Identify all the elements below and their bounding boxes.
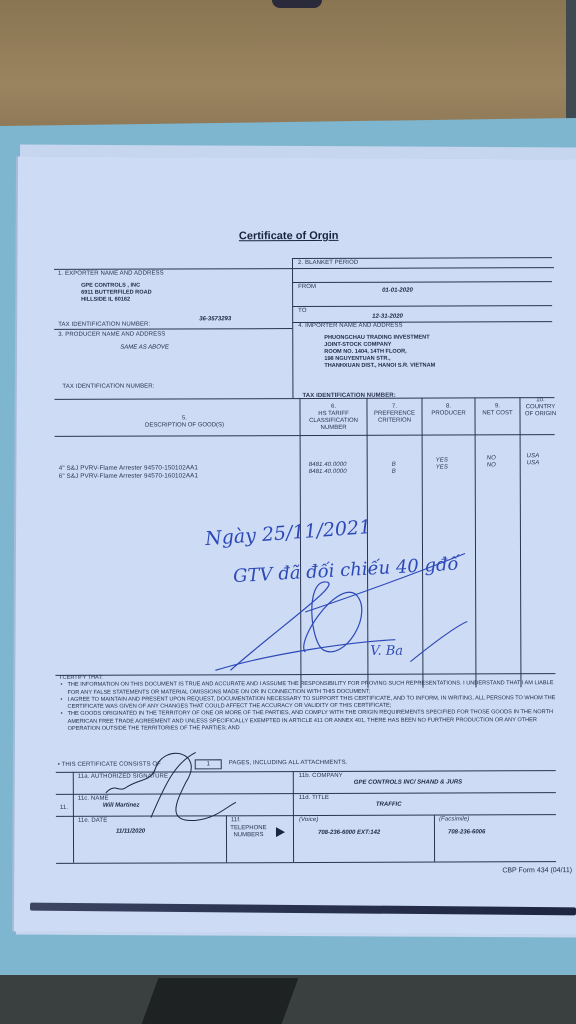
voice-label: (Voice) [299, 817, 319, 823]
certificate-of-origin-form: Certificate of Orgin 1. EXPORTER NAME AN… [54, 221, 566, 883]
importer-label: 4. IMPORTER NAME AND ADDRESS [298, 323, 402, 329]
goods-producer: YES [436, 465, 448, 471]
col-net-cost-header: 9. NET COST [474, 403, 520, 417]
date-value: 11/11/2020 [116, 829, 145, 835]
exporter-line: HILLSIDE IL 60162 [81, 297, 152, 304]
col-criterion-header: 7. PREFERENCE CRITERION [366, 404, 422, 425]
rule [366, 398, 368, 688]
col-title: NUMBER [301, 425, 367, 432]
pages-count: 1 [195, 759, 222, 769]
title-value: TRAFFIC [376, 802, 402, 808]
goods-hs: 8481.40.0000 [309, 469, 347, 475]
handwritten-date: Ngày 25/11/2021 [204, 516, 372, 550]
col-origin-header: 10. COUNTRY OF ORIGIN [519, 397, 561, 418]
goods-description: 6" S&J PVRV-Flame Arrester 94570-160102A… [59, 472, 198, 479]
to-date: 12-31-2020 [372, 314, 403, 320]
exporter-label: 1. EXPORTER NAME AND ADDRESS [58, 271, 164, 277]
floor-shadow [142, 978, 299, 1024]
arrow-right-icon [276, 827, 285, 837]
voice-value: 708-236-6000 EXT:142 [318, 830, 380, 836]
pages-suffix: PAGES, INCLUDING ALL ATTACHMENTS. [229, 760, 348, 766]
telephone-label: TELEPHONE NUMBERS [226, 825, 271, 839]
telephone-number-label: 11f. [231, 817, 241, 823]
title-label: 11d. TITLE [299, 795, 329, 801]
rule [292, 257, 552, 259]
date-label: 11e. DATE [78, 818, 107, 824]
pages-prefix-text: THIS CERTIFICATE CONSISTS OF [62, 762, 161, 768]
rule [292, 281, 552, 283]
goods-criterion: B [392, 469, 396, 475]
goods-origin: USA [527, 460, 540, 466]
background-edge [566, 0, 576, 120]
form-number: CBP Form 434 (04/11) [502, 867, 572, 874]
goods-producer: YES [436, 458, 448, 464]
document-title: Certificate of Orgin [239, 230, 339, 242]
importer-address: PHUONGCHAU TRADING INVESTMENT JOINT-STOC… [324, 335, 435, 370]
exporter-address: GPE CONTROLS , INC 6911 BUTTERFILED ROAD… [81, 283, 152, 304]
rule [293, 771, 294, 862]
certify-bullet: THE GOODS ORIGINATED IN THE TERRITORY OF… [60, 710, 560, 734]
rule [54, 267, 554, 270]
telephone-label-line: NUMBERS [226, 832, 271, 839]
authorized-signature-label: 11a. AUTHORIZED SIGNATURE [78, 773, 168, 779]
blanket-period-label: 2. BLANKET PERIOD [298, 260, 358, 266]
rule [55, 434, 555, 437]
handwritten-note: GTV đã đối chiếu 40 gđố [233, 554, 459, 588]
rule [292, 305, 552, 307]
goods-net-cost: NO [487, 462, 496, 468]
handwritten-initials: V. Ba [370, 644, 403, 659]
goods-origin: USA [527, 453, 540, 459]
ink-mark [272, 0, 322, 8]
rule [434, 815, 435, 862]
producer-tax-id-label: TAX IDENTIFICATION NUMBER: [62, 384, 154, 390]
rule [56, 861, 556, 864]
from-date: 01-01-2020 [382, 288, 413, 294]
name-label: 11c. NAME [78, 796, 109, 802]
fax-label: (Facsimile) [439, 816, 469, 822]
col-title: DESCRIPTION OF GOOD(S) [115, 422, 255, 429]
importer-tax-id-label: TAX IDENTIFICATION NUMBER: [302, 393, 395, 399]
rule [73, 772, 74, 863]
col-title: PRODUCER [422, 410, 476, 417]
rule [519, 397, 521, 687]
fax-value: 708-236-6006 [448, 829, 485, 835]
row-11-label: 11. [60, 805, 68, 811]
company-value: GPE CONTROLS INC/ SHAND & JURS [354, 779, 462, 785]
rule [54, 328, 292, 330]
col-title: NET COST [475, 410, 521, 417]
col-producer-header: 8. PRODUCER [421, 403, 475, 417]
goods-criterion: B [392, 462, 396, 468]
exporter-tax-id: 36-3573293 [199, 316, 231, 322]
goods-description: 4" S&J PVRV-Flame Arrester 94570-150102A… [59, 464, 198, 471]
col-description-header: 5. DESCRIPTION OF GOOD(S) [115, 415, 255, 429]
rule [421, 398, 423, 688]
col-title: CRITERION [367, 418, 423, 425]
importer-line: THANHXUAN DIST., HANOI S.R. VIETNAM [324, 363, 435, 370]
certification-text: I CERTIFY THAT: THE INFORMATION ON THIS … [59, 673, 559, 733]
exporter-tax-id-label: TAX IDENTIFICATION NUMBER: [58, 322, 150, 328]
pages-prefix: • THIS CERTIFICATE CONSISTS OF [58, 762, 161, 768]
col-title: OF ORIGIN [520, 411, 562, 418]
producer-label: 3. PRODUCER NAME AND ADDRESS [58, 332, 165, 338]
goods-hs: 8481.40.0000 [309, 462, 347, 468]
company-label: 11b. COMPANY [299, 773, 343, 779]
from-label: FROM [298, 284, 316, 290]
col-hs-header: 6. HS TARIFF CLASSIFICATION NUMBER [300, 404, 366, 432]
goods-net-cost: NO [487, 455, 496, 461]
to-label: TO [298, 308, 306, 314]
producer-value: SAME AS ABOVE [120, 344, 169, 350]
name-value: Will Martinez [103, 803, 140, 809]
rule [474, 397, 476, 687]
